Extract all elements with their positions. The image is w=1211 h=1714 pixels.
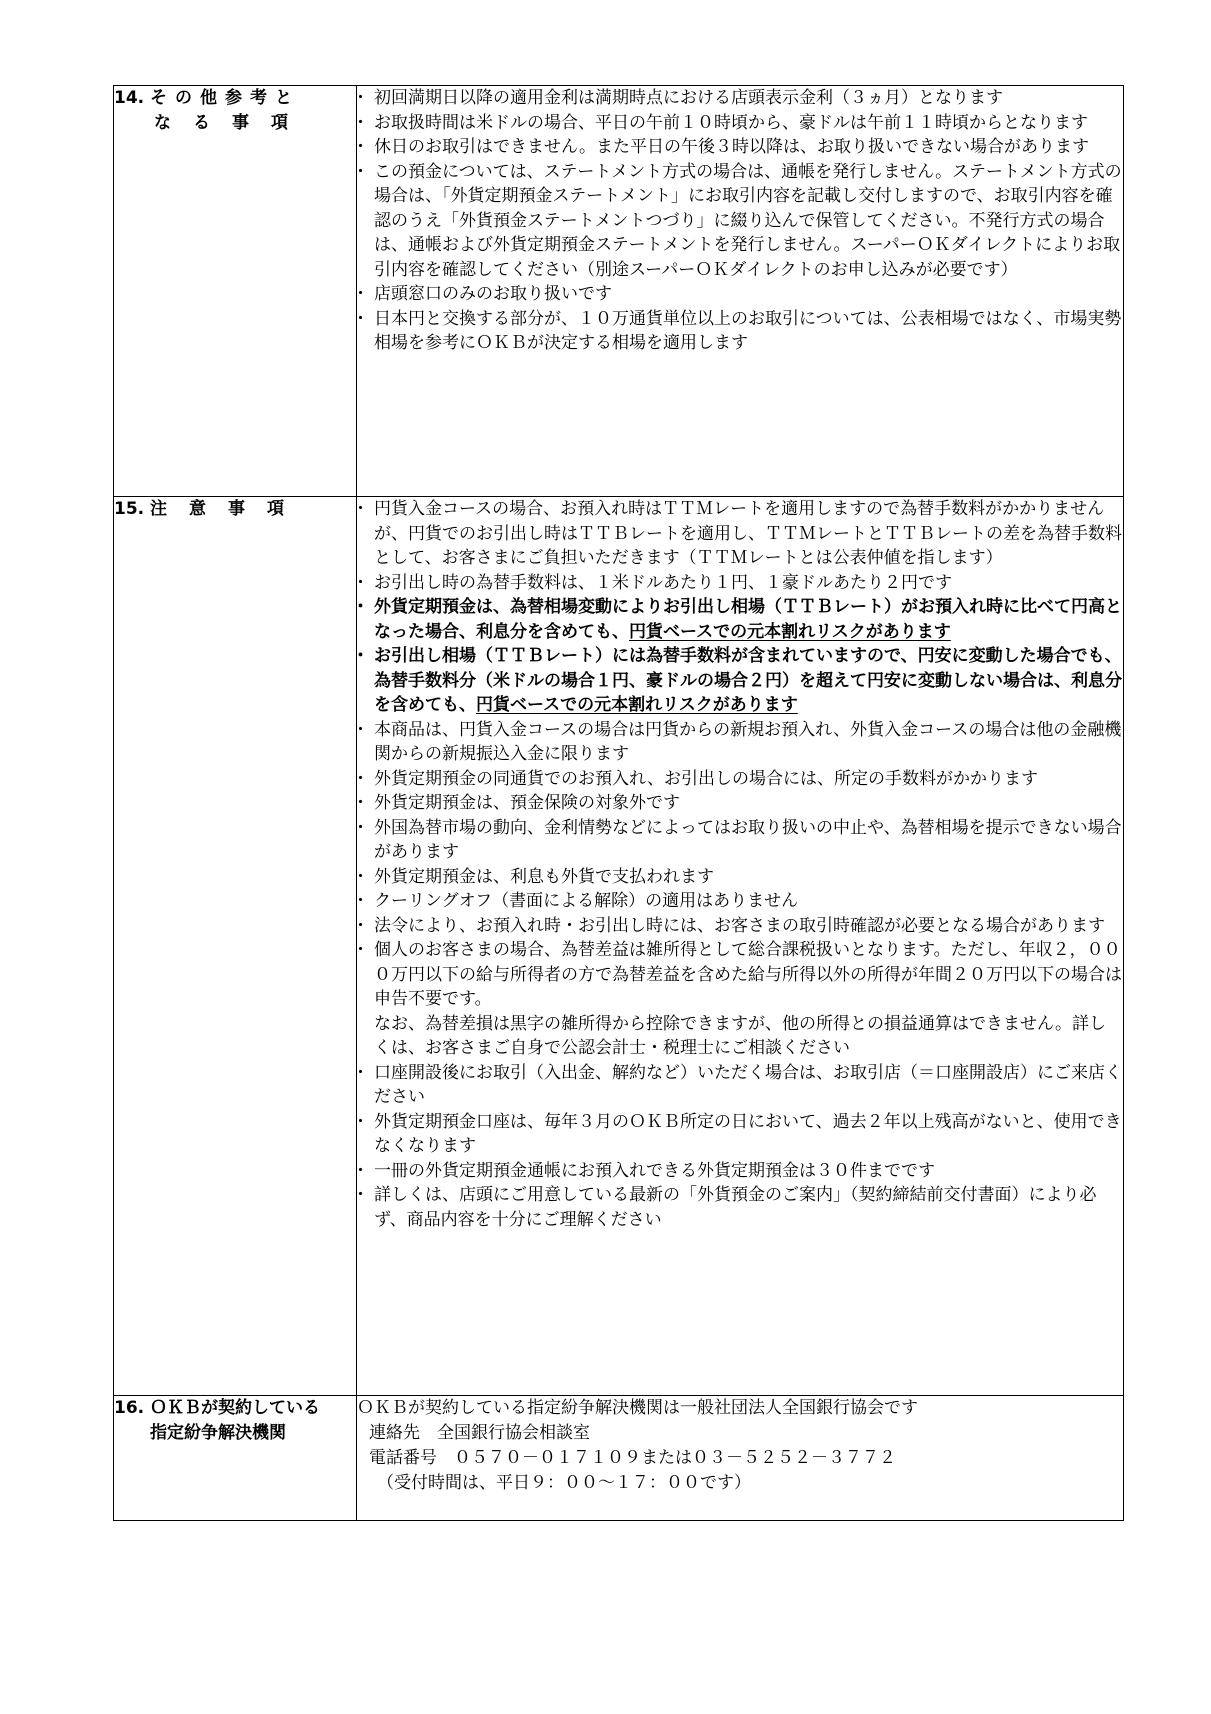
bullet-list: 円貨入金コースの場合、お預入れ時はＴＴＭレートを適用しますので為替手数料がかかり… bbox=[357, 497, 1123, 1232]
heading-line: 16. ＯＫＢが契約している bbox=[114, 1396, 356, 1421]
table-row-16: 16. ＯＫＢが契約している 指定紛争解決機関 ＯＫＢが契約している指定紛争解決… bbox=[114, 1396, 1124, 1521]
risk-warning-underlined: 円貨ベースでの元本割れリスクがあります bbox=[629, 622, 951, 642]
list-item: 一冊の外貨定期預金通帳にお預入れできる外貨定期預金は３０件までです bbox=[357, 1159, 1123, 1184]
row-content: 初回満期日以降の適用金利は満期時点における店頭表示金利（３ヵ月）となります お取… bbox=[357, 86, 1124, 497]
phone-line: 電話番号 ０５７０－０１７１０９または０３－５２５２－３７７２ bbox=[357, 1446, 1123, 1471]
risk-warning-underlined: 円貨ベースでの元本割れリスクがあります bbox=[476, 695, 798, 715]
list-item: 詳しくは、店頭にご用意している最新の「外貨預金のご案内」（契約締結前交付書面）に… bbox=[357, 1183, 1123, 1232]
list-item: 外貨定期預金の同通貨でのお預入れ、お引出しの場合には、所定の手数料がかかります bbox=[357, 767, 1123, 792]
heading-line: 15. 注意事項 bbox=[114, 497, 356, 522]
list-item: 休日のお取引はできません。また平日の午後３時以降は、お取り扱いできない場合があり… bbox=[357, 135, 1123, 160]
terms-table: 14. その他参考と なる事項 初回満期日以降の適用金利は満期時点における店頭表… bbox=[113, 85, 1124, 1521]
row-heading: 16. ＯＫＢが契約している 指定紛争解決機関 bbox=[114, 1396, 357, 1521]
heading-line: なる事項 bbox=[114, 111, 356, 136]
list-item: 本商品は、円貨入金コースの場合は円貨からの新規お預入れ、外貨入金コースの場合は他… bbox=[357, 718, 1123, 767]
list-item: 初回満期日以降の適用金利は満期時点における店頭表示金利（３ヵ月）となります bbox=[357, 86, 1123, 111]
row-heading: 15. 注意事項 bbox=[114, 497, 357, 1396]
list-item: この預金については、ステートメント方式の場合は、通帳を発行しません。ステートメン… bbox=[357, 160, 1123, 283]
list-item: 日本円と交換する部分が、１０万通貨単位以上のお取引については、公表相場ではなく、… bbox=[357, 307, 1123, 356]
list-item: 個人のお客さまの場合、為替差益は雑所得として総合課税扱いとなります。ただし、年収… bbox=[357, 938, 1123, 1061]
list-item: 店頭窓口のみのお取り扱いです bbox=[357, 282, 1123, 307]
contact-line: 連絡先 全国銀行協会相談室 bbox=[357, 1421, 1123, 1446]
heading-line: 14. その他参考と bbox=[114, 86, 356, 111]
list-item: お引出し時の為替手数料は、１米ドルあたり１円、１豪ドルあたり２円です bbox=[357, 571, 1123, 596]
bullet-list: 初回満期日以降の適用金利は満期時点における店頭表示金利（３ヵ月）となります お取… bbox=[357, 86, 1123, 356]
list-item: クーリングオフ（書面による解除）の適用はありません bbox=[357, 889, 1123, 914]
dispute-resolution-contact: ＯＫＢが契約している指定紛争解決機関は一般社団法人全国銀行協会です 連絡先 全国… bbox=[357, 1396, 1124, 1521]
list-item: 法令により、お預入れ時・お引出し時には、お客さまの取引時確認が必要となる場合があ… bbox=[357, 914, 1123, 939]
list-item: 外貨定期預金口座は、毎年３月のＯＫＢ所定の日において、過去２年以上残高がないと、… bbox=[357, 1110, 1123, 1159]
reception-hours: （受付時間は、平日９：００～１７：００です） bbox=[357, 1471, 1123, 1496]
list-item: 口座開設後にお取引（入出金、解約など）いただく場合は、お取引店（＝口座開設店）に… bbox=[357, 1061, 1123, 1110]
heading-line: 指定紛争解決機関 bbox=[114, 1421, 356, 1446]
list-item-warning: 外貨定期預金は、為替相場変動によりお引出し相場（ＴＴＢレート）がお預入れ時に比べ… bbox=[357, 595, 1123, 644]
list-item: 外貨定期預金は、預金保険の対象外です bbox=[357, 791, 1123, 816]
contact-intro: ＯＫＢが契約している指定紛争解決機関は一般社団法人全国銀行協会です bbox=[357, 1396, 1123, 1421]
row-content: 円貨入金コースの場合、お預入れ時はＴＴＭレートを適用しますので為替手数料がかかり… bbox=[357, 497, 1124, 1396]
table-row-15: 15. 注意事項 円貨入金コースの場合、お預入れ時はＴＴＭレートを適用しますので… bbox=[114, 497, 1124, 1396]
list-item: お取扱時間は米ドルの場合、平日の午前１０時頃から、豪ドルは午前１１時頃からとなり… bbox=[357, 111, 1123, 136]
table-row-14: 14. その他参考と なる事項 初回満期日以降の適用金利は満期時点における店頭表… bbox=[114, 86, 1124, 497]
list-item: 円貨入金コースの場合、お預入れ時はＴＴＭレートを適用しますので為替手数料がかかり… bbox=[357, 497, 1123, 571]
row-heading: 14. その他参考と なる事項 bbox=[114, 86, 357, 497]
list-item-warning: お引出し相場（ＴＴＢレート）には為替手数料が含まれていますので、円安に変動した場… bbox=[357, 644, 1123, 718]
phone-number: ０５７０－０１７１０９または０３－５２５２－３７７２ bbox=[454, 1448, 896, 1468]
list-item: 外国為替市場の動向、金利情勢などによってはお取り扱いの中止や、為替相場を提示でき… bbox=[357, 816, 1123, 865]
list-item: 外貨定期預金は、利息も外貨で支払われます bbox=[357, 865, 1123, 890]
